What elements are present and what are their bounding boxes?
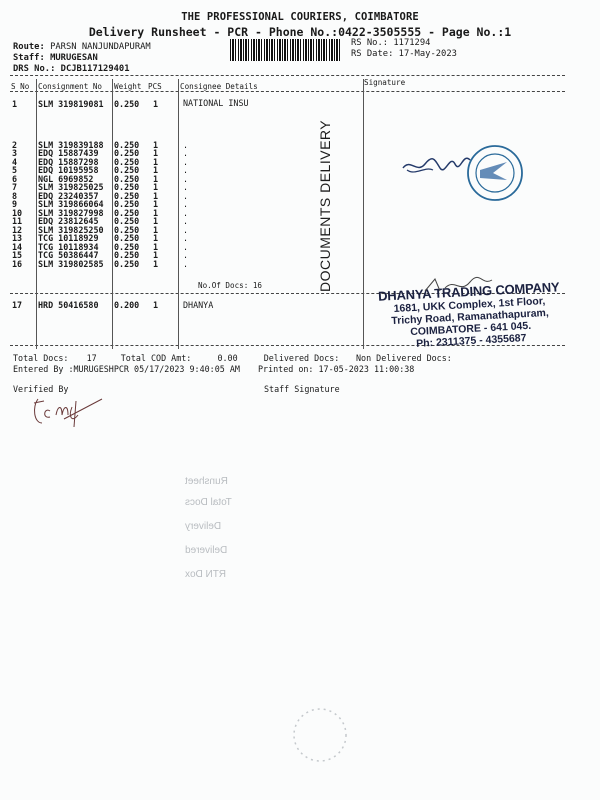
- show-through-text: Delivery: [185, 521, 221, 532]
- col-header-sno: S No: [11, 82, 29, 91]
- show-through-text: Runsheet: [185, 476, 228, 487]
- drs-label: DRS No.:: [13, 64, 55, 74]
- verifier-signature: [28, 393, 108, 429]
- rs-date-value: 17-May-2023: [399, 49, 457, 59]
- non-delivered-docs-label: Non Delivered Docs:: [356, 353, 452, 363]
- row-weight: 0.200: [114, 300, 139, 310]
- row-consignee: NATIONAL INSU: [183, 98, 249, 108]
- col-header-consignment: Consignment No: [38, 82, 102, 91]
- drs-value: DCJB117129401: [61, 64, 130, 74]
- column-divider: [36, 79, 37, 349]
- row-weight: 0.250: [114, 259, 139, 269]
- entered-by-value: MURUGESHPCR 05/17/2023 9:40:05 AM: [74, 364, 240, 374]
- row-pcs: 1: [153, 300, 158, 310]
- route-line: Route: PARSN NANJUNDAPURAM: [13, 42, 151, 52]
- show-through-text: RTN Dox: [185, 569, 226, 580]
- divider: [10, 91, 565, 92]
- row-sno: 17: [12, 300, 22, 310]
- col-header-weight: Weight: [114, 82, 141, 91]
- entered-by-label: Entered By :: [13, 364, 74, 374]
- route-value: PARSN NANJUNDAPURAM: [50, 42, 151, 52]
- show-through-text: Total Docs: [185, 497, 232, 508]
- staff-line: Staff: MURUGESAN: [13, 53, 98, 63]
- totals-line: Total Docs: 17 Total COD Amt: 0.00 Deliv…: [13, 353, 339, 363]
- divider: [10, 75, 565, 76]
- row-consignment: SLM 319819081: [38, 99, 104, 109]
- printed-on-line: Printed on: 17-05-2023 11:00:38: [258, 364, 414, 374]
- rs-date-line: RS Date: 17-May-2023: [351, 49, 457, 59]
- group-doc-count: No.Of Docs: 16: [198, 281, 262, 290]
- faint-seal: [285, 700, 355, 770]
- drs-line: DRS No.: DCJB117129401: [13, 64, 130, 74]
- documents-delivery-stamp: DOCUMENTS DELIVERY: [317, 120, 333, 292]
- signature-and-seal: [395, 140, 565, 210]
- row-sno: 16: [12, 259, 22, 269]
- col-header-consignee: Consignee Details: [180, 82, 258, 91]
- receiver-signature: [420, 276, 500, 296]
- barcode: [230, 39, 340, 61]
- row-consignment: SLM 319802585: [38, 259, 104, 269]
- total-docs-label: Total Docs:: [13, 353, 68, 363]
- entered-by-line: Entered By :MURUGESHPCR 05/17/2023 9:40:…: [13, 364, 240, 374]
- total-docs-value: 17: [87, 353, 97, 363]
- staff-signature-label: Staff Signature: [264, 384, 340, 394]
- rs-no-label: RS No.:: [351, 38, 388, 48]
- row-consignment: HRD 50416580: [38, 300, 99, 310]
- row-consignee: DHANYA: [183, 300, 213, 310]
- rs-no-line: RS No.: 1171294: [351, 38, 430, 48]
- total-cod-value: 0.00: [217, 353, 237, 363]
- rs-date-label: RS Date:: [351, 49, 393, 59]
- staff-label: Staff:: [13, 53, 45, 63]
- column-divider: [112, 79, 113, 349]
- company-title: THE PROFESSIONAL COURIERS, COIMBATORE: [0, 11, 600, 23]
- column-divider: [178, 79, 179, 349]
- col-header-pcs: PCS: [148, 82, 162, 91]
- row-consignee: .: [183, 259, 188, 269]
- row-sno: 1: [12, 99, 17, 109]
- total-cod-label: Total COD Amt:: [121, 353, 192, 363]
- col-header-signature: Signature: [364, 78, 405, 87]
- rs-no-value: 1171294: [393, 38, 430, 48]
- staff-value: MURUGESAN: [50, 53, 98, 63]
- row-pcs: 1: [153, 259, 158, 269]
- route-label: Route:: [13, 42, 45, 52]
- runsheet-subtitle: Delivery Runsheet - PCR - Phone No.:0422…: [0, 25, 600, 39]
- row-pcs: 1: [153, 99, 158, 109]
- column-divider: [363, 79, 364, 349]
- delivered-docs-label: Delivered Docs:: [264, 353, 340, 363]
- printed-on-value: 17-05-2023 11:00:38: [319, 364, 415, 374]
- printed-on-label: Printed on:: [258, 364, 313, 374]
- show-through-text: Delivered: [185, 545, 227, 556]
- row-weight: 0.250: [114, 99, 139, 109]
